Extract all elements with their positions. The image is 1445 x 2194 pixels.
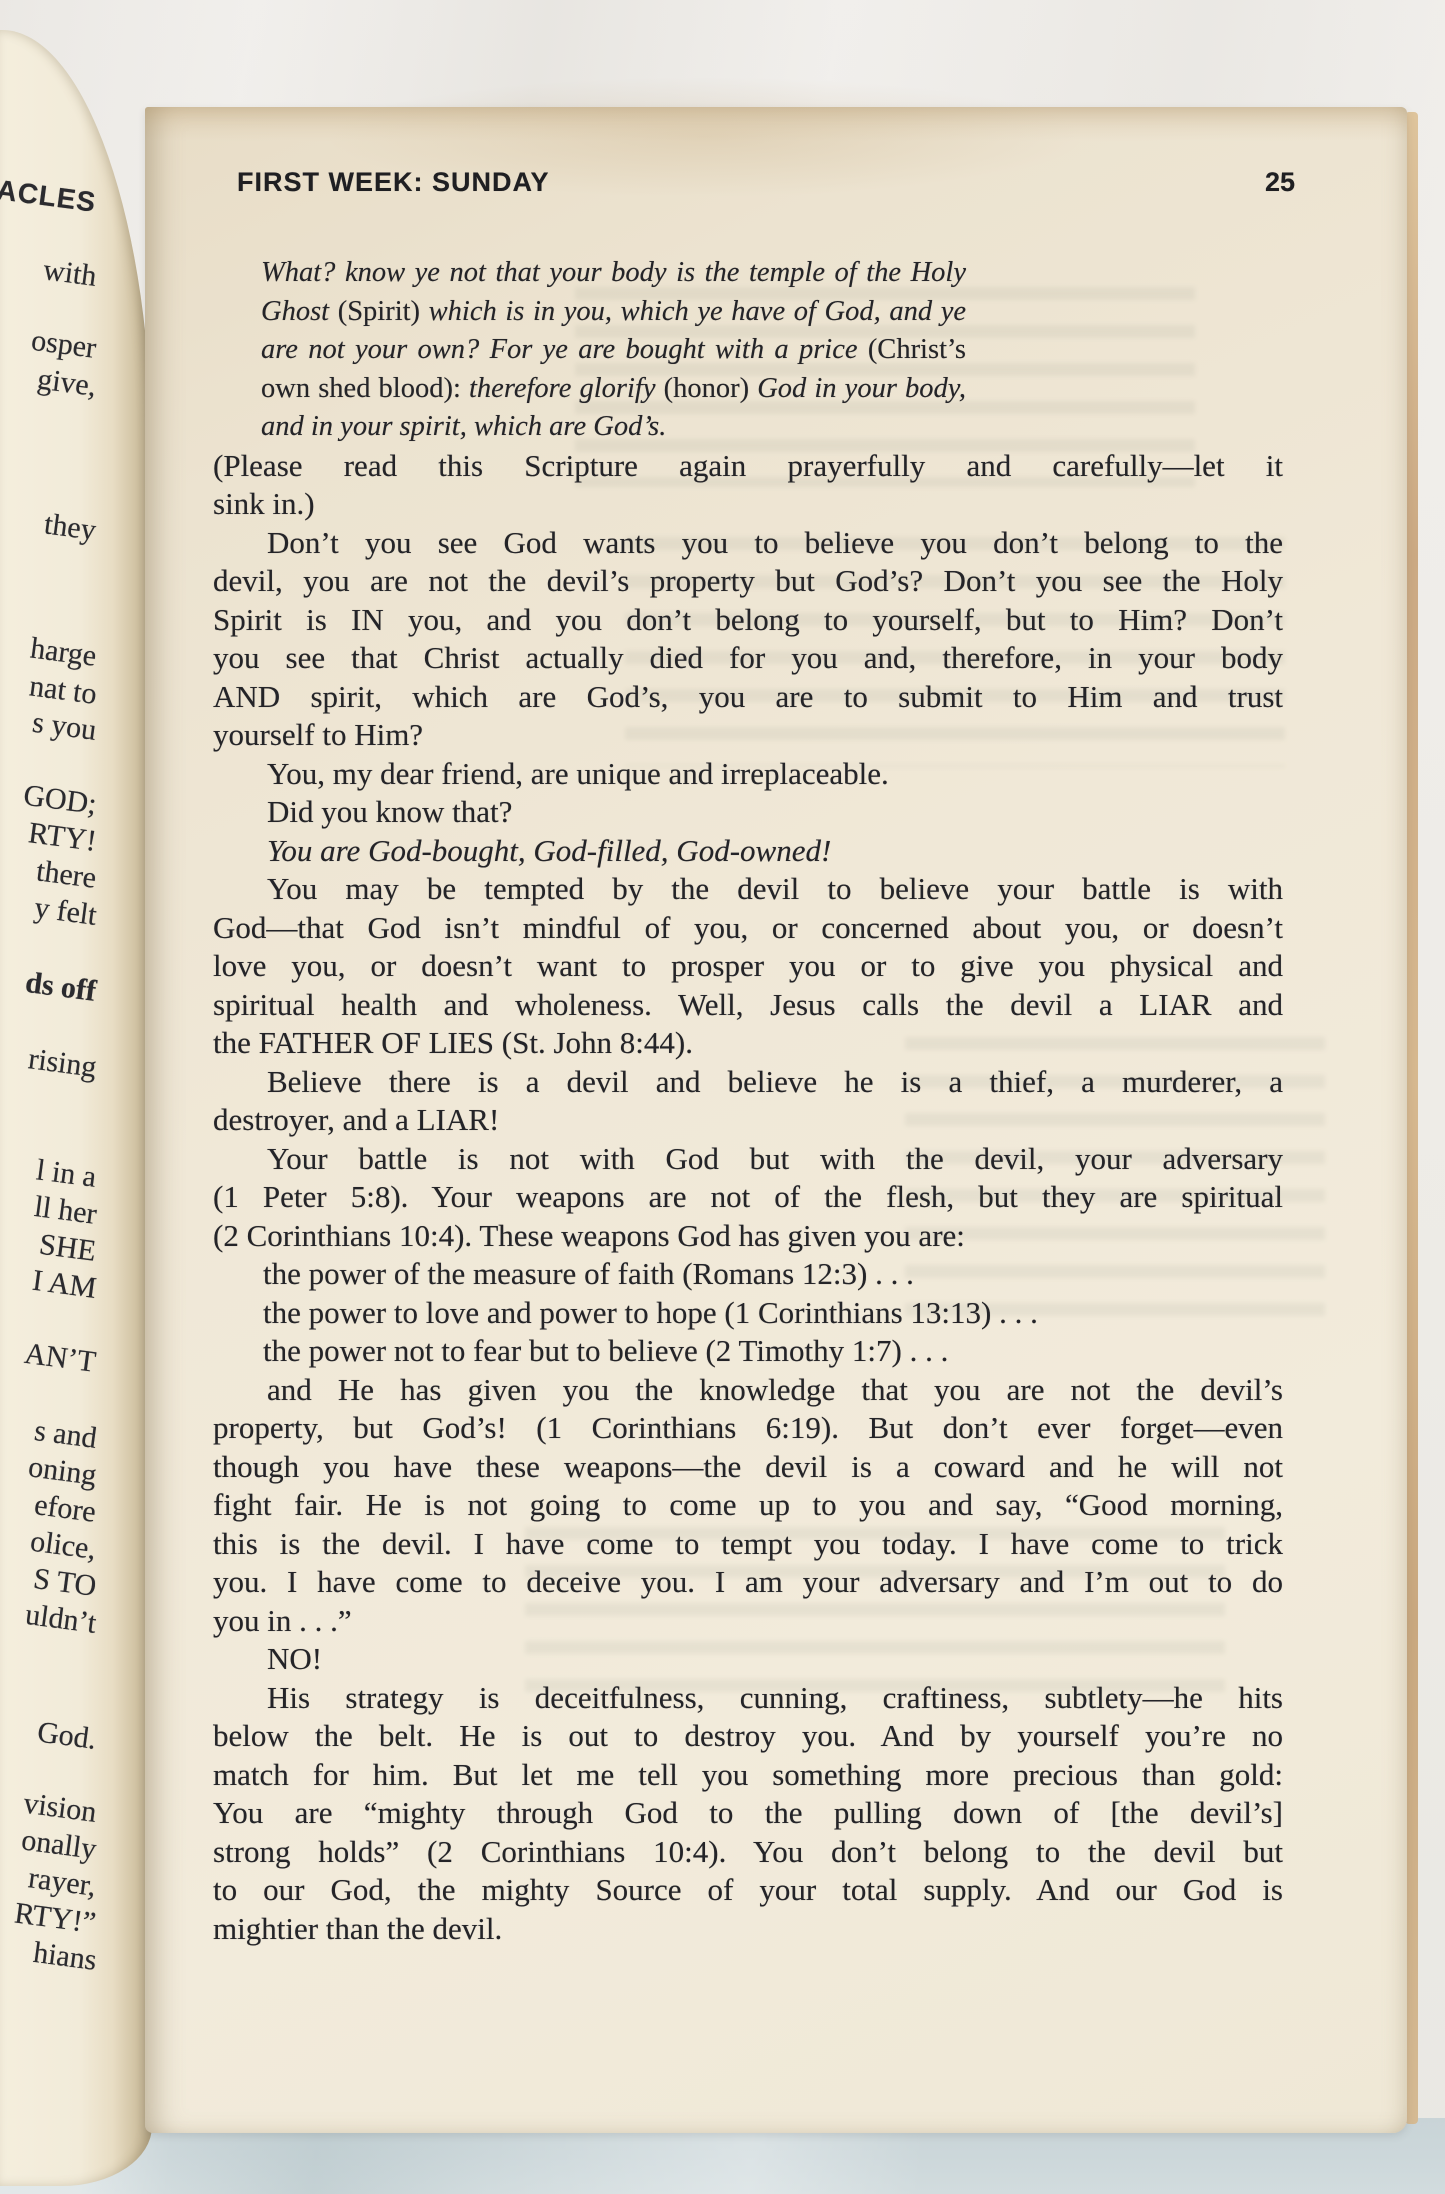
left-page-text-fragment: God. <box>35 1717 98 1754</box>
text-segment: (honor) <box>664 373 758 404</box>
left-page-text-fragment: osper <box>30 326 98 364</box>
text-segment: What? know ye not that your body is the … <box>261 257 966 288</box>
left-page-text-fragment: GOD; <box>21 781 98 820</box>
paragraph: Don’t you see God wants you to believe y… <box>213 524 1283 755</box>
text-line: the FATHER OF LIES (St. John 8:44). <box>213 1024 1283 1063</box>
paragraph: and He has given you the knowledge that … <box>213 1371 1283 1641</box>
text-line: match for him. But let me tell you somet… <box>213 1756 1283 1795</box>
text-line: the power of the measure of faith (Roman… <box>213 1255 1283 1294</box>
text-line: What? know ye not that your body is the … <box>261 254 966 293</box>
text-segment: the power of the measure of faith (Roman… <box>263 1256 914 1291</box>
text-line: this is the devil. I have come to tempt … <box>213 1525 1283 1564</box>
text-line: destroyer, and a LIAR! <box>213 1101 1283 1140</box>
text-segment: AND spirit, which are God’s, you are to … <box>213 679 1283 714</box>
text-segment: Did you know that? <box>267 794 512 829</box>
left-page-text-fragment: oning <box>26 1452 98 1491</box>
left-page-text-fragment: there <box>35 856 98 894</box>
text-segment: and He has given you the knowledge that … <box>267 1372 1283 1407</box>
text-segment: devil, you are not the devil’s property … <box>213 563 1283 598</box>
left-page-edge: ACLESwithospergive,theyhargenat tos youG… <box>0 30 152 2186</box>
text-line: Did you know that? <box>213 793 1283 832</box>
paragraph: (Please read this Scripture again prayer… <box>213 447 1283 524</box>
text-segment: you see that Christ actually died for yo… <box>213 640 1283 675</box>
text-segment: you in . . .” <box>213 1603 352 1638</box>
text-line: (2 Corinthians 10:4). These weapons God … <box>213 1217 1283 1256</box>
paragraph: You, my dear friend, are unique and irre… <box>213 755 1283 794</box>
text-segment: below the belt. He is out to destroy you… <box>213 1718 1283 1753</box>
text-segment: the power to love and power to hope (1 C… <box>263 1295 1038 1330</box>
left-page-text-fragment: they <box>43 509 98 545</box>
text-line: own shed blood): therefore glorify (hono… <box>261 370 966 409</box>
text-segment: own shed blood): <box>261 373 469 404</box>
paragraph: NO! <box>213 1640 1283 1679</box>
text-line: though you have these weapons—the devil … <box>213 1448 1283 1487</box>
paragraph: Did you know that? <box>213 793 1283 832</box>
left-page-text-fragment: RTY!” <box>13 1898 98 1938</box>
text-segment: destroyer, and a LIAR! <box>213 1102 499 1137</box>
text-line: the power to love and power to hope (1 C… <box>213 1294 1283 1333</box>
left-page-text-fragment: SHE <box>38 1230 98 1267</box>
page-number: 25 <box>1265 167 1295 198</box>
left-page-text-fragment: ds off <box>24 968 98 1007</box>
left-page-text-fragment: rising <box>26 1044 98 1083</box>
text-segment: yourself to Him? <box>213 717 423 752</box>
text-segment: spiritual health and wholeness. Well, Je… <box>213 987 1283 1022</box>
paragraph: Your battle is not with God but with the… <box>213 1140 1283 1256</box>
text-line: mightier than the devil. <box>213 1910 1283 1949</box>
left-page-text-fragment: S TO <box>31 1564 97 1602</box>
text-line: and in your spirit, which are God’s. <box>261 408 966 447</box>
text-line: love you, or doesn’t want to prosper you… <box>213 947 1283 986</box>
book-page: FIRST WEEK: SUNDAY 25 What? know ye not … <box>145 107 1407 2133</box>
text-line: (1 Peter 5:8). Your weapons are not of t… <box>213 1178 1283 1217</box>
left-page-text-fragment: s and <box>32 1416 98 1454</box>
left-page-text-fragment: l in a <box>35 1155 98 1193</box>
text-line: spiritual health and wholeness. Well, Je… <box>213 986 1283 1025</box>
text-segment: strong holds” (2 Corinthians 10:4). You … <box>213 1834 1283 1869</box>
text-line: below the belt. He is out to destroy you… <box>213 1717 1283 1756</box>
left-page-text-fragment: RTY! <box>26 818 98 857</box>
text-segment: You may be tempted by the devil to belie… <box>267 871 1283 906</box>
text-segment: (2 Corinthians 10:4). These weapons God … <box>213 1218 965 1253</box>
left-page-text-fragment: hians <box>31 1938 98 1976</box>
text-line: God—that God isn’t mindful of you, or co… <box>213 909 1283 948</box>
left-page-fragments: ACLESwithospergive,theyhargenat tos youG… <box>0 30 152 2186</box>
text-segment: Spirit is IN you, and you don’t belong t… <box>213 602 1283 637</box>
text-segment: (Spirit) <box>338 296 429 327</box>
text-line: AND spirit, which are God’s, you are to … <box>213 678 1283 717</box>
text-line: Your battle is not with God but with the… <box>213 1140 1283 1179</box>
text-line: and He has given you the knowledge that … <box>213 1371 1283 1410</box>
text-line: you in . . .” <box>213 1602 1283 1641</box>
text-line: fight fair. He is not going to come up t… <box>213 1486 1283 1525</box>
page-header: FIRST WEEK: SUNDAY 25 <box>145 167 1407 207</box>
text-line: You are God-bought, God-filled, God-owne… <box>213 832 1283 871</box>
text-line: Don’t you see God wants you to believe y… <box>213 524 1283 563</box>
left-page-text-fragment: y felt <box>32 893 98 931</box>
left-page-text-fragment: olice, <box>29 1527 98 1565</box>
left-page-text-fragment: AN’T <box>23 1339 98 1378</box>
text-line: NO! <box>213 1640 1283 1679</box>
text-line: You are “mighty through God to the pulli… <box>213 1794 1283 1833</box>
paragraph: Believe there is a devil and believe he … <box>213 1063 1283 1140</box>
text-segment: love you, or doesn’t want to prosper you… <box>213 948 1283 983</box>
text-segment: God—that God isn’t mindful of you, or co… <box>213 910 1283 945</box>
text-segment: His strategy is deceitfulness, cunning, … <box>267 1680 1283 1715</box>
text-segment: match for him. But let me tell you somet… <box>213 1757 1283 1792</box>
text-segment: and in your spirit, which are God’s. <box>261 411 666 442</box>
text-segment: which is in you, which ye have of God, a… <box>429 296 966 327</box>
paragraph: His strategy is deceitfulness, cunning, … <box>213 1679 1283 1949</box>
text-segment: fight fair. He is not going to come up t… <box>213 1487 1283 1522</box>
left-page-text-fragment: give, <box>35 364 98 401</box>
text-segment: property, but God’s! (1 Corinthians 6:19… <box>213 1410 1283 1445</box>
text-line: are not your own? For ye are bought with… <box>261 331 966 370</box>
text-line: (Please read this Scripture again prayer… <box>213 447 1283 486</box>
text-segment: though you have these weapons—the devil … <box>213 1449 1283 1484</box>
text-segment: You are “mighty through God to the pulli… <box>213 1795 1283 1830</box>
text-line: You may be tempted by the devil to belie… <box>213 870 1283 909</box>
left-page-text-fragment: with <box>41 255 98 292</box>
text-line: you. I have come to deceive you. I am yo… <box>213 1563 1283 1602</box>
text-segment: sink in.) <box>213 486 315 521</box>
text-line: devil, you are not the devil’s property … <box>213 562 1283 601</box>
text-segment: mightier than the devil. <box>213 1911 502 1946</box>
text-segment: this is the devil. I have come to tempt … <box>213 1526 1283 1561</box>
left-page-text-fragment: s you <box>30 708 98 746</box>
text-segment: to our God, the mighty Source of your to… <box>213 1872 1283 1907</box>
left-page-text-fragment: nat to <box>27 671 98 710</box>
text-line: yourself to Him? <box>213 716 1283 755</box>
left-page-text-fragment: harge <box>29 634 98 672</box>
text-segment: the power not to fear but to believe (2 … <box>263 1333 948 1368</box>
text-line: sink in.) <box>213 485 1283 524</box>
text-segment: God in your body, <box>757 373 966 404</box>
text-line: the power not to fear but to believe (2 … <box>213 1332 1283 1371</box>
text-segment: the FATHER OF LIES (St. John 8:44). <box>213 1025 693 1060</box>
text-segment: Ghost <box>261 296 338 327</box>
text-line: His strategy is deceitfulness, cunning, … <box>213 1679 1283 1718</box>
left-page-text-fragment: onally <box>20 1825 98 1865</box>
left-page-text-fragment: ACLES <box>0 175 98 218</box>
text-segment: Your battle is not with God but with the… <box>267 1141 1283 1176</box>
text-segment: are not your own? For ye are bought with… <box>261 334 868 365</box>
text-line: you see that Christ actually died for yo… <box>213 639 1283 678</box>
paragraph: You are God-bought, God-filled, God-owne… <box>213 832 1283 871</box>
text-segment: (1 Peter 5:8). Your weapons are not of t… <box>213 1179 1283 1214</box>
text-line: to our God, the mighty Source of your to… <box>213 1871 1283 1910</box>
text-line: strong holds” (2 Corinthians 10:4). You … <box>213 1833 1283 1872</box>
text-line: Spirit is IN you, and you don’t belong t… <box>213 601 1283 640</box>
text-line: You, my dear friend, are unique and irre… <box>213 755 1283 794</box>
running-head: FIRST WEEK: SUNDAY <box>237 167 550 198</box>
text-segment: therefore glorify <box>469 373 664 404</box>
text-segment: NO! <box>267 1641 322 1676</box>
text-segment: Believe there is a devil and believe he … <box>267 1064 1283 1099</box>
text-segment: (Please read this Scripture again prayer… <box>213 448 1283 483</box>
text-segment: You are God-bought, God-filled, God-owne… <box>267 833 831 868</box>
scripture-quote: What? know ye not that your body is the … <box>261 254 966 447</box>
text-line: property, but God’s! (1 Corinthians 6:19… <box>213 1409 1283 1448</box>
paragraph: You may be tempted by the devil to belie… <box>213 870 1283 1063</box>
left-page-text-fragment: ll her <box>32 1192 98 1230</box>
text-segment: you. I have come to deceive you. I am yo… <box>213 1564 1283 1599</box>
left-page-text-fragment: rayer, <box>27 1863 98 1902</box>
text-segment: Don’t you see God wants you to believe y… <box>267 525 1283 560</box>
text-segment: (Christ’s <box>868 334 966 365</box>
left-page-text-fragment: vision <box>21 1789 98 1828</box>
text-line: Believe there is a devil and believe he … <box>213 1063 1283 1102</box>
left-page-text-fragment: I AM <box>30 1266 98 1304</box>
text-segment: You, my dear friend, are unique and irre… <box>267 756 889 791</box>
left-page-text-fragment: uldn’t <box>24 1600 98 1639</box>
left-page-text-fragment: efore <box>33 1490 98 1528</box>
page-body-text: What? know ye not that your body is the … <box>213 254 1283 1948</box>
text-line: Ghost (Spirit) which is in you, which ye… <box>261 293 966 332</box>
paragraph: the power of the measure of faith (Roman… <box>213 1255 1283 1371</box>
